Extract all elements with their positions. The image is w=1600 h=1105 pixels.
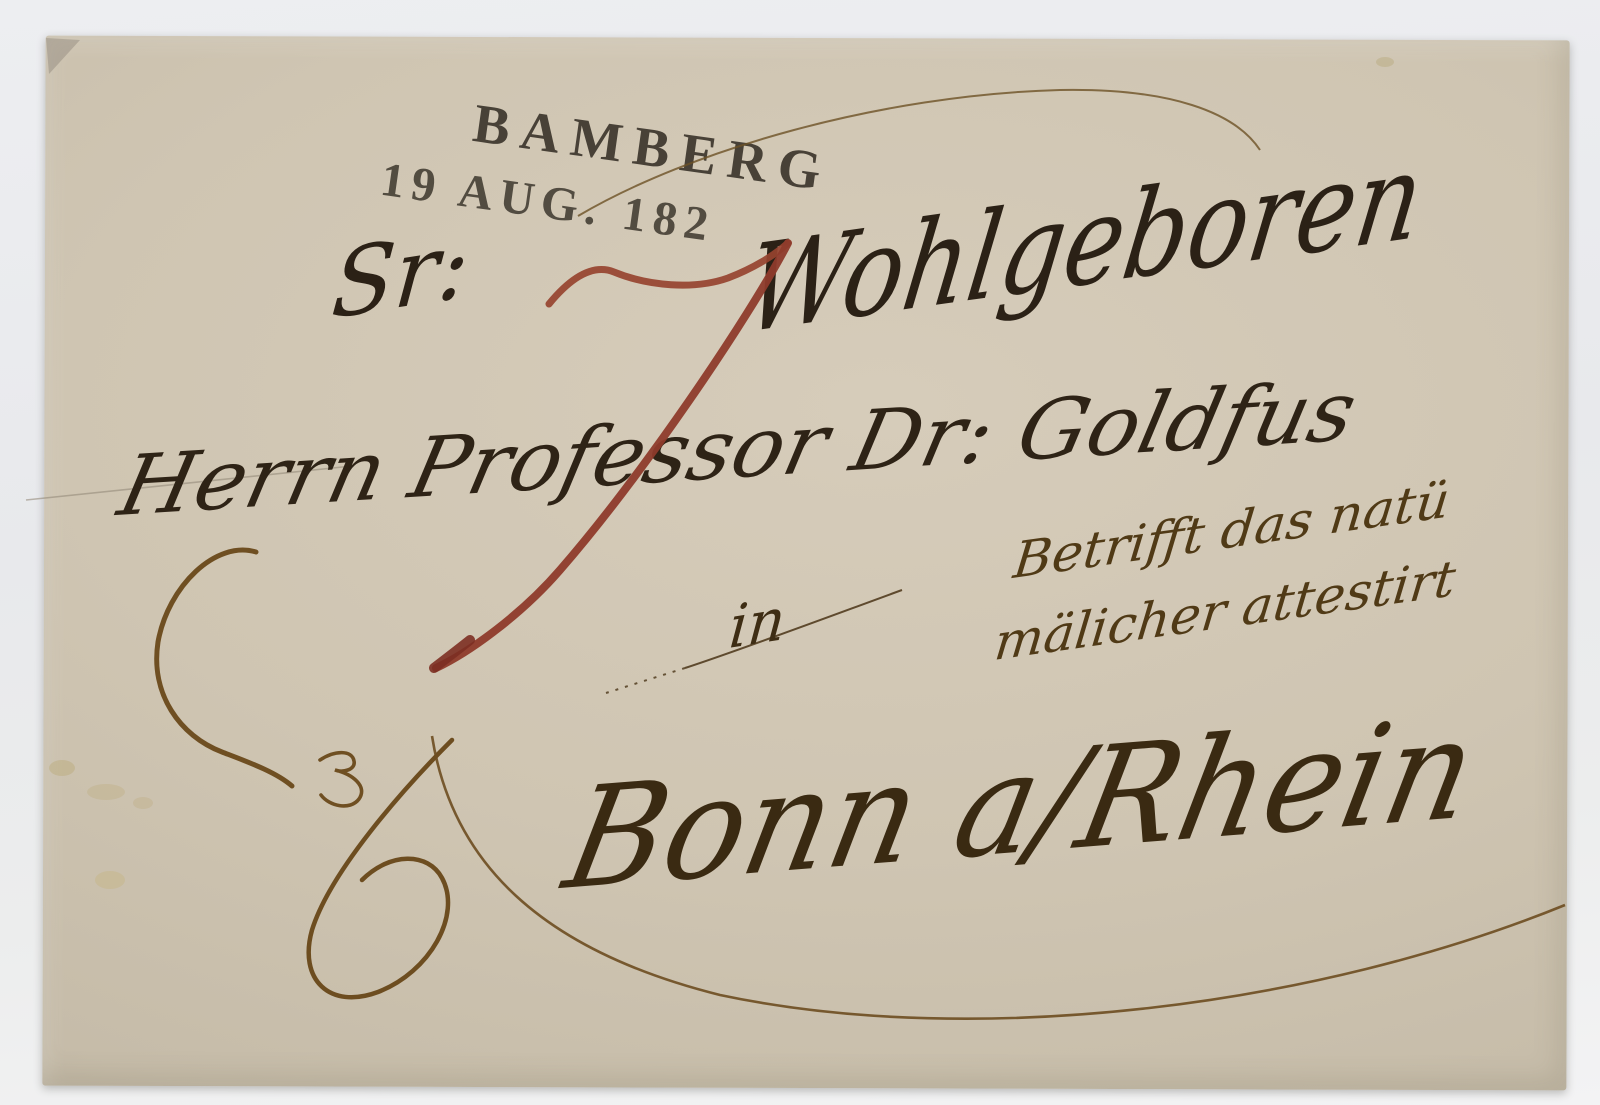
stain <box>133 797 153 809</box>
in-flourish-dotted <box>606 668 685 693</box>
stain <box>1376 57 1394 67</box>
brown-rate-2 <box>157 550 292 786</box>
photo-background: BAMBERG 19 AUG. 182 Sr: Wohlgeboren Herr… <box>0 0 1600 1105</box>
in-flourish-solid <box>685 590 902 668</box>
brown-squiggle <box>320 753 362 806</box>
ink-layer: BAMBERG 19 AUG. 182 Sr: Wohlgeboren Herr… <box>0 0 1600 1105</box>
address-preposition: in <box>727 584 788 663</box>
brown-two-stroke <box>157 550 292 786</box>
brown-squiggle-stroke <box>320 753 362 806</box>
address-salutation: Sr: <box>328 209 474 341</box>
brown-loop-stroke <box>309 740 452 997</box>
corner-fold <box>46 38 80 74</box>
address-city: Bonn a/Rhein <box>550 687 1488 922</box>
stain <box>87 784 125 800</box>
brown-loop-6 <box>309 740 452 997</box>
address-honorific: Wohlgeboren <box>738 125 1431 361</box>
stain <box>95 871 125 889</box>
stain <box>49 760 75 776</box>
